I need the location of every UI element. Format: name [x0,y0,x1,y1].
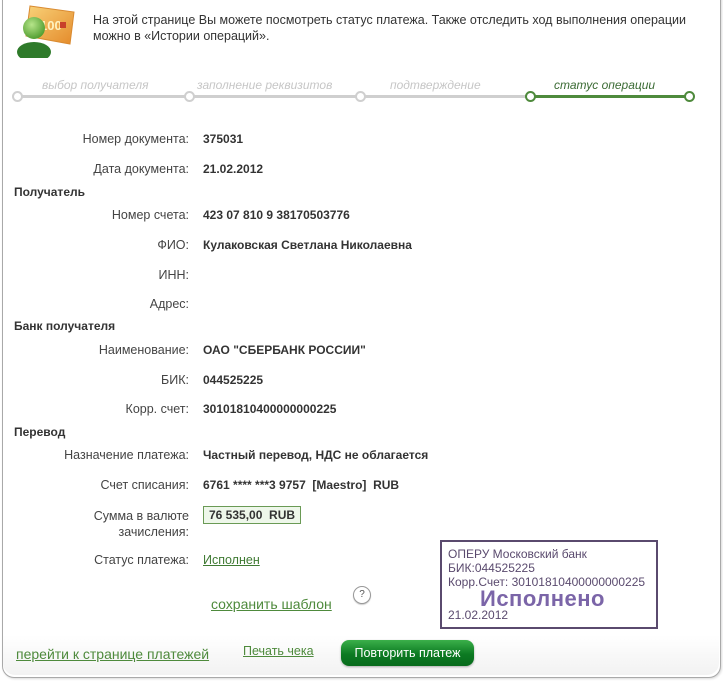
step-operation-status: статус операции [554,78,655,92]
value: 21.02.2012 [203,162,263,176]
label: Назначение платежа: [0,448,189,462]
help-icon[interactable]: ? [353,586,371,604]
value: 423 07 810 9 38170503776 [203,208,350,222]
label: ИНН: [0,268,189,282]
progress-track [20,95,530,98]
label: Дата документа: [0,162,189,176]
progress-steps: выбор получателя заполнение реквизитов п… [12,76,696,106]
goto-payments-link[interactable]: перейти к странице платежей [16,646,209,662]
stamp-bank-name: ОПЕРУ Московский банк [448,547,587,561]
label: Номер счета: [0,208,189,222]
bank-stamp: ОПЕРУ Московский банк БИК:044525225 Корр… [440,540,658,629]
payment-status-link[interactable]: Исполнен [203,553,260,567]
field-recipient-inn: ИНН: [0,268,460,286]
label: Счет списания: [0,478,189,492]
value: 044525225 [203,373,263,387]
print-receipt-link[interactable]: Печать чека [243,644,314,658]
step-confirmation: подтверждение [390,78,481,92]
field-recipient-address: Адрес: [0,297,460,315]
field-bank-corr: Корр. счет: 30101810400000000225 [0,402,460,420]
step-node-end [684,91,695,102]
progress-track-active [530,95,690,98]
section-transfer: Перевод [14,425,65,439]
step-node-3 [355,91,366,102]
label: ФИО: [0,238,189,252]
field-recipient-account: Номер счета: 423 07 810 9 38170503776 [0,208,460,226]
step-node-2 [184,91,195,102]
field-bank-name: Наименование: ОАО "СБЕРБАНК РОССИИ" [0,343,460,361]
sum-label: Сумма в валюте зачисления: [0,508,189,540]
label: БИК: [0,373,189,387]
step-node-4 [525,91,536,102]
value: 6761 **** ***3 9757 [Maestro] RUB [203,478,399,492]
label: Адрес: [0,297,189,311]
step-select-recipient: выбор получателя [42,78,149,92]
value: 30101810400000000225 [203,402,336,416]
label: Корр. счет: [0,402,189,416]
sum-label-line-1: Сумма в валюте [0,508,189,524]
label: Наименование: [0,343,189,357]
sum-amount: 76 535,00 RUB [203,506,301,524]
step-node-1 [12,91,23,102]
stamp-date: 21.02.2012 [448,608,508,622]
repeat-payment-button[interactable]: Повторить платеж [341,640,474,666]
stamp-bik: БИК:044525225 [448,561,535,575]
payment-user-icon: 100 [12,2,78,58]
section-recipient: Получатель [14,185,85,199]
field-recipient-name: ФИО: Кулаковская Светлана Николаевна [0,238,460,256]
field-bank-bik: БИК: 044525225 [0,373,460,391]
field-transfer-purpose: Назначение платежа: Частный перевод, НДС… [0,448,460,466]
label: Номер документа: [0,132,189,146]
field-document-date: Дата документа: 21.02.2012 [0,162,460,180]
value: 375031 [203,132,243,146]
value: Кулаковская Светлана Николаевна [203,238,412,252]
section-bank: Банк получателя [14,319,115,333]
intro-text: На этой странице Вы можете посмотреть ст… [93,12,693,44]
field-document-number: Номер документа: 375031 [0,132,460,150]
value: Частный перевод, НДС не облагается [203,448,428,462]
status-label: Статус платежа: [0,553,189,567]
sum-label-line-2: зачисления: [0,524,189,540]
step-fill-details: заполнение реквизитов [197,78,332,92]
value: ОАО "СБЕРБАНК РОССИИ" [203,343,366,357]
save-template-link[interactable]: сохранить шаблон [211,596,332,612]
field-transfer-debit: Счет списания: 6761 **** ***3 9757 [Maes… [0,478,460,496]
intro-line-2: можно в «Истории операций». [93,28,693,44]
intro-line-1: На этой странице Вы можете посмотреть ст… [93,12,693,28]
